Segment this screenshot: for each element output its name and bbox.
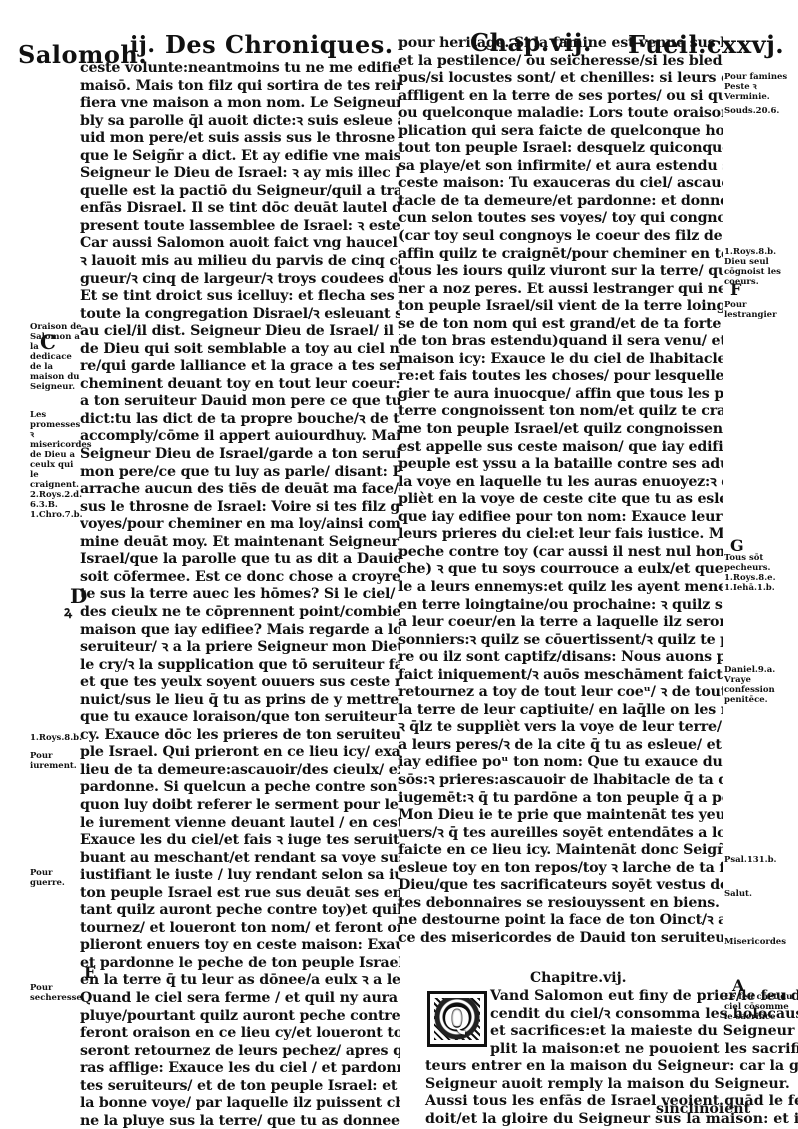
text-line: et pardonne le peche de ton peuple Israe… (80, 955, 400, 973)
chapter-text-line: et sacrifices:et la maieste du Seigneur … (490, 1023, 798, 1041)
text-line: lieu de ta demeure:ascauoir/des cieulx/ … (80, 762, 400, 780)
text-line: se de ton nom qui est grand/et de ta for… (398, 316, 723, 334)
text-line: me ton peuple Israel/et quilz congnoisse… (398, 421, 723, 439)
text-line: ꝛ lauoit mis au milieu du parvis de cinq… (80, 253, 400, 271)
text-line: ce des misericordes de Dauid ton seruite… (398, 930, 723, 948)
text-line: terre congnoissent ton nom/et quilz te c… (398, 403, 723, 421)
text-line: le a leurs ennemys:et quilz les ayent me… (398, 579, 723, 597)
text-line: mine deuāt moy. Et maintenant Seigneur l… (80, 534, 400, 552)
text-line: te sus la terre auec les hōmes? Si le ci… (80, 586, 400, 604)
text-line: Dieu/que tes sacrificateurs soyēt vestus… (398, 877, 723, 895)
text-line: sōs:ꝛ prieres:ascauoir de lhabitacle de … (398, 772, 723, 790)
margin-mark-e: E (84, 963, 96, 982)
text-line: ner a noz peres. Et aussi lestranger qui… (398, 281, 723, 299)
text-line: soit cōfermee. Est ce donc chose a croyr… (80, 569, 400, 587)
text-line: retournez a toy de tout leur coeᵘ/ ꝛ de … (398, 684, 723, 702)
text-line: et la pestilence/ ou seicheresse/si les … (398, 53, 723, 71)
margin-mark-c: C (40, 330, 56, 354)
text-line: la terre de leur captiuite/ en laq̄lle o… (398, 702, 723, 720)
text-line: ton peuple Israel est rue sus deuāt ses … (80, 885, 400, 903)
text-line: arrache aucun des tiēs de deuāt ma face/… (80, 481, 400, 499)
text-line: maisō. Mais ton filz qui sortira de tes … (80, 78, 400, 96)
initial-letter: Q (430, 1002, 484, 1037)
text-line: Et se tint droict sus icelluy: et flecha… (80, 288, 400, 306)
margin-note: Pour guerre. (30, 868, 82, 888)
text-line: tous les iours quilz viuront sur la terr… (398, 263, 723, 281)
text-line: Car aussi Salomon auoit faict vng haucel… (80, 235, 400, 253)
text-line: cun selon toutes ses voyes/ toy qui cong… (398, 210, 723, 228)
text-line: gueur/ꝛ cinq de largeur/ꝛ troys coudees … (80, 271, 400, 289)
text-line: Quand le ciel sera ferme / et quil ny au… (80, 990, 400, 1008)
text-line: feront oraison en ce lieu cy/et loueront… (80, 1025, 400, 1043)
text-line: re:et fais toutes les choses/ pour lesqu… (398, 368, 723, 386)
text-line: ꝛ q̄lz te supplièt vers la voye de leur … (398, 719, 723, 737)
text-line: le cry/ꝛ la supplication que tō seruiteu… (80, 657, 400, 675)
text-line: gier te aura inuocque/ affin que tous le… (398, 386, 723, 404)
decorated-initial: Q (427, 991, 487, 1047)
text-line: iustifiant le iuste / luy rendant selon … (80, 867, 400, 885)
text-line: Mon Dieu ie te prie que maintenāt tes ye… (398, 807, 723, 825)
text-line: faict iniquement/ꝛ auōs meschāment faict… (398, 667, 723, 685)
text-line: que le Seigñr a dict. Et ay edifie vne m… (80, 148, 400, 166)
text-line: ne la pluye sus la terre/ que tu as donn… (80, 1113, 400, 1129)
text-line: re ou ilz sont captifz/disans: Nous auon… (398, 649, 723, 667)
margin-mark-d2: ꝝ (64, 602, 72, 621)
text-line: ou quelconque maladie: Lors toute oraiso… (398, 105, 723, 123)
text-line: fiera vne maison a mon nom. Le Seigneur … (80, 95, 400, 113)
text-line: ceste volunte:neantmoins tu ne me edifie… (80, 60, 400, 78)
text-line: maison que iay edifiee? Mais regarde a l… (80, 622, 400, 640)
text-line: plication qui sera faicte de quelconque … (398, 123, 723, 141)
text-line: leurs prieres du ciel:et leur fais iusti… (398, 526, 723, 544)
text-line: plieront enuers toy en ceste maison: Exa… (80, 937, 400, 955)
text-line: seruiteur/ ꝛ a la priere Seigneur mon Di… (80, 639, 400, 657)
text-line: ceste maison: Tu exauceras du ciel/ asca… (398, 175, 723, 193)
text-line: en la terre q̄ tu leur as dōnee/a eulx ꝛ… (80, 972, 400, 990)
text-line: et que tes yeulx soyent ouuers sus ceste… (80, 674, 400, 692)
text-line: Exauce les du ciel/et fais ꝛ iuge tes se… (80, 832, 400, 850)
text-line: affligent en la terre de ses portes/ ou … (398, 88, 723, 106)
text-line: buant au meschant/et rendant sa voye sus… (80, 850, 400, 868)
text-line: nuict/sus le lieu q̄ tu as prins de y me… (80, 692, 400, 710)
text-line: enfās Disrael. Il se tint dōc deuāt laut… (80, 200, 400, 218)
margin-note: Les promesses ꝛ misericordes de Dieu a c… (30, 410, 82, 520)
text-line: uers/ꝛ q̄ tes aureilles soyēt entendātes… (398, 825, 723, 843)
text-line: affin quilz te craignēt/pour cheminer en… (398, 246, 723, 264)
text-line: des cieulx ne te cōprennent point/combie… (80, 604, 400, 622)
margin-note: Souds.20.6. (724, 106, 794, 116)
text-line: sonniers:ꝛ quilz se cōuertissent/ꝛ quilz… (398, 632, 723, 650)
text-line: uid mon pere/et suis assis sus le throsn… (80, 130, 400, 148)
margin-note: Pour lestrangier (724, 300, 794, 320)
text-line: est appelle sus ceste maison/ que iay ed… (398, 439, 723, 457)
text-line: bly sa parolle q̄l auoit dicte:ꝛ suis es… (80, 113, 400, 131)
chapter-text-line: Seigneur auoit remply la maison du Seign… (425, 1076, 790, 1094)
chapter-text-line: cendit du ciel/ꝛ consomma les holocauste… (490, 1006, 798, 1024)
margin-note: 1.Roys.8.b. (30, 733, 82, 743)
text-line: dict:tu las dict de ta propre bouche/ꝛ d… (80, 411, 400, 429)
text-line: esleue toy en ton repos/toy ꝛ larche de … (398, 860, 723, 878)
chapter-heading: Chapitre.vij. (530, 970, 627, 986)
catchword: sinclinoient (656, 1101, 750, 1119)
chapter-text-line: Vand Salomon eut finy de prier/le feu de… (490, 988, 798, 1006)
text-line: faicte en ce lieu icy. Maintenāt donc Se… (398, 842, 723, 860)
text-line: peche contre toy (car aussi il nest nul … (398, 544, 723, 562)
margin-note: Misericordes (724, 937, 794, 947)
text-line: ton peuple Israel/sil vient de la terre … (398, 298, 723, 316)
margin-note: Psal.131.b. (724, 855, 794, 865)
text-line: (car toy seul congnoys le coeur des filz… (398, 228, 723, 246)
margin-note: Pour secheresse. (30, 983, 82, 1003)
text-line: iay edifiee poᵘ ton nom: Que tu exauce d… (398, 754, 723, 772)
text-line: mon pere/ce que tu luy as parle/ disant:… (80, 464, 400, 482)
running-head-title: Des Chroniques. (165, 30, 394, 59)
text-line: de Dieu qui soit semblable a toy au ciel… (80, 341, 400, 359)
margin-note: Pour famines Peste ꝛ Verminie. (724, 72, 794, 102)
text-line: a leurs peres/ꝛ de la cite q̄ tu as esle… (398, 737, 723, 755)
margin-note: Pour iurement. (30, 751, 82, 771)
text-line: quon luy doibt referer le serment pour l… (80, 797, 400, 815)
right-text-column: pour heritage. Si la famine est venue su… (398, 35, 723, 947)
text-line: que tu exauce loraison/que ton seruiteur… (80, 709, 400, 727)
text-line: la voye en laquelle tu les auras enuoyez… (398, 474, 723, 492)
margin-mark-f: F (730, 280, 741, 299)
margin-note: Tous sōt pecheurs. 1.Roys.8.e. 1.Iehā.1.… (724, 553, 794, 593)
text-line: che) ꝛ que tu soys courrouce a eulx/et q… (398, 561, 723, 579)
chapter-text-line: plit la maison:et ne pouoient les sacrif… (490, 1041, 798, 1059)
text-line: present toute lassemblee de Israel: ꝛ es… (80, 218, 400, 236)
text-line: ras afflige: Exauce les du ciel / et par… (80, 1060, 400, 1078)
text-line: Seigneur le Dieu de Israel: ꝛ ay mis ill… (80, 165, 400, 183)
text-line: pardonne. Si quelcun a peche contre son … (80, 779, 400, 797)
text-line: voyes/pour cheminer en ma loy/ainsi comm… (80, 516, 400, 534)
text-line: la bonne voye/ par laquelle ilz puissent… (80, 1095, 400, 1113)
text-line: re/qui garde lalliance et la grace a tes… (80, 358, 400, 376)
margin-note: Oraison de Salomon a la dedicace de la m… (30, 322, 82, 392)
text-line: pus/si locustes sont/ et chenilles: si l… (398, 70, 723, 88)
text-line: pluye/pourtant quilz auront peche contre… (80, 1008, 400, 1026)
text-line: cheminent deuant toy en tout leur coeur:… (80, 376, 400, 394)
text-line: iugemēt:ꝛ q̄ tu pardōne a ton peuple q̄ … (398, 790, 723, 808)
text-line: maison icy: Exauce le du ciel de lhabita… (398, 351, 723, 369)
text-line: toute la congregation Disrael/ꝛ esleuant… (80, 306, 400, 324)
running-head-book-number: ij. (130, 32, 155, 58)
text-line: tournez/ et loueront ton nom/ et feront … (80, 920, 400, 938)
text-line: tacle de ta demeure/et pardonne: et donn… (398, 193, 723, 211)
text-line: au ciel/il dist. Seigneur Dieu de Israel… (80, 323, 400, 341)
text-line: sa playe/et son infirmite/ et aura esten… (398, 158, 723, 176)
chapter-text-line: teurs entrer en la maison du Seigneur: c… (425, 1058, 798, 1076)
text-line: cy. Exauce dōc les prieres de ton seruit… (80, 727, 400, 745)
text-line: quelle est la pactiō du Seigneur/quil a … (80, 183, 400, 201)
margin-mark-d: D (70, 584, 87, 608)
book-page: Salomoh. ij. Des Chroniques. Chap.vij. F… (0, 0, 798, 1129)
text-line: de ton bras estendu)quand il sera venu/ … (398, 333, 723, 351)
margin-mark-g: G (730, 536, 744, 555)
text-line: seront retournez de leurs pechez/ apres … (80, 1043, 400, 1061)
text-line: tes debonnaires se resiouyssent en biens… (398, 895, 723, 913)
text-line: tout ton peuple Israel: desquelz quiconq… (398, 140, 723, 158)
text-line: le iurement vienne deuant lautel / en ce… (80, 815, 400, 833)
margin-note: Daniel.9.a. Vraye confession penitēce. (724, 665, 794, 705)
text-line: sus le throsne de Israel: Voire si tes f… (80, 499, 400, 517)
margin-note: Salut. (724, 889, 794, 899)
text-line: tes seruiteurs/ et de ton peuple Israel:… (80, 1078, 400, 1096)
text-line: Seigneur Dieu de Israel/garde a ton seru… (80, 446, 400, 464)
text-line: tant quilz auront peche contre toy)et qu… (80, 902, 400, 920)
text-line: Israel/que la parolle que tu as dit a Da… (80, 551, 400, 569)
text-line: peuple est yssu a la bataille contre ses… (398, 456, 723, 474)
text-line: a ton seruiteur Dauid mon pere ce que tu… (80, 393, 400, 411)
text-line: en terre loingtaine/ou prochaine: ꝛ quil… (398, 597, 723, 615)
text-line: plièt en la voye de ceste cite que tu as… (398, 491, 723, 509)
text-line: que iay edifiee pour ton nom: Exauce leu… (398, 509, 723, 527)
text-line: accomply/cōme il appert auiourdhuy. Main… (80, 428, 400, 446)
text-line: pour heritage. Si la famine est venue su… (398, 35, 723, 53)
left-text-column: ceste volunte:neantmoins tu ne me edifie… (80, 60, 400, 1129)
text-line: ple Israel. Qui prieront en ce lieu icy/… (80, 744, 400, 762)
text-line: ne destourne point la face de ton Oinct/… (398, 912, 723, 930)
text-line: a leur coeur/en la terre a laquelle ilz … (398, 614, 723, 632)
